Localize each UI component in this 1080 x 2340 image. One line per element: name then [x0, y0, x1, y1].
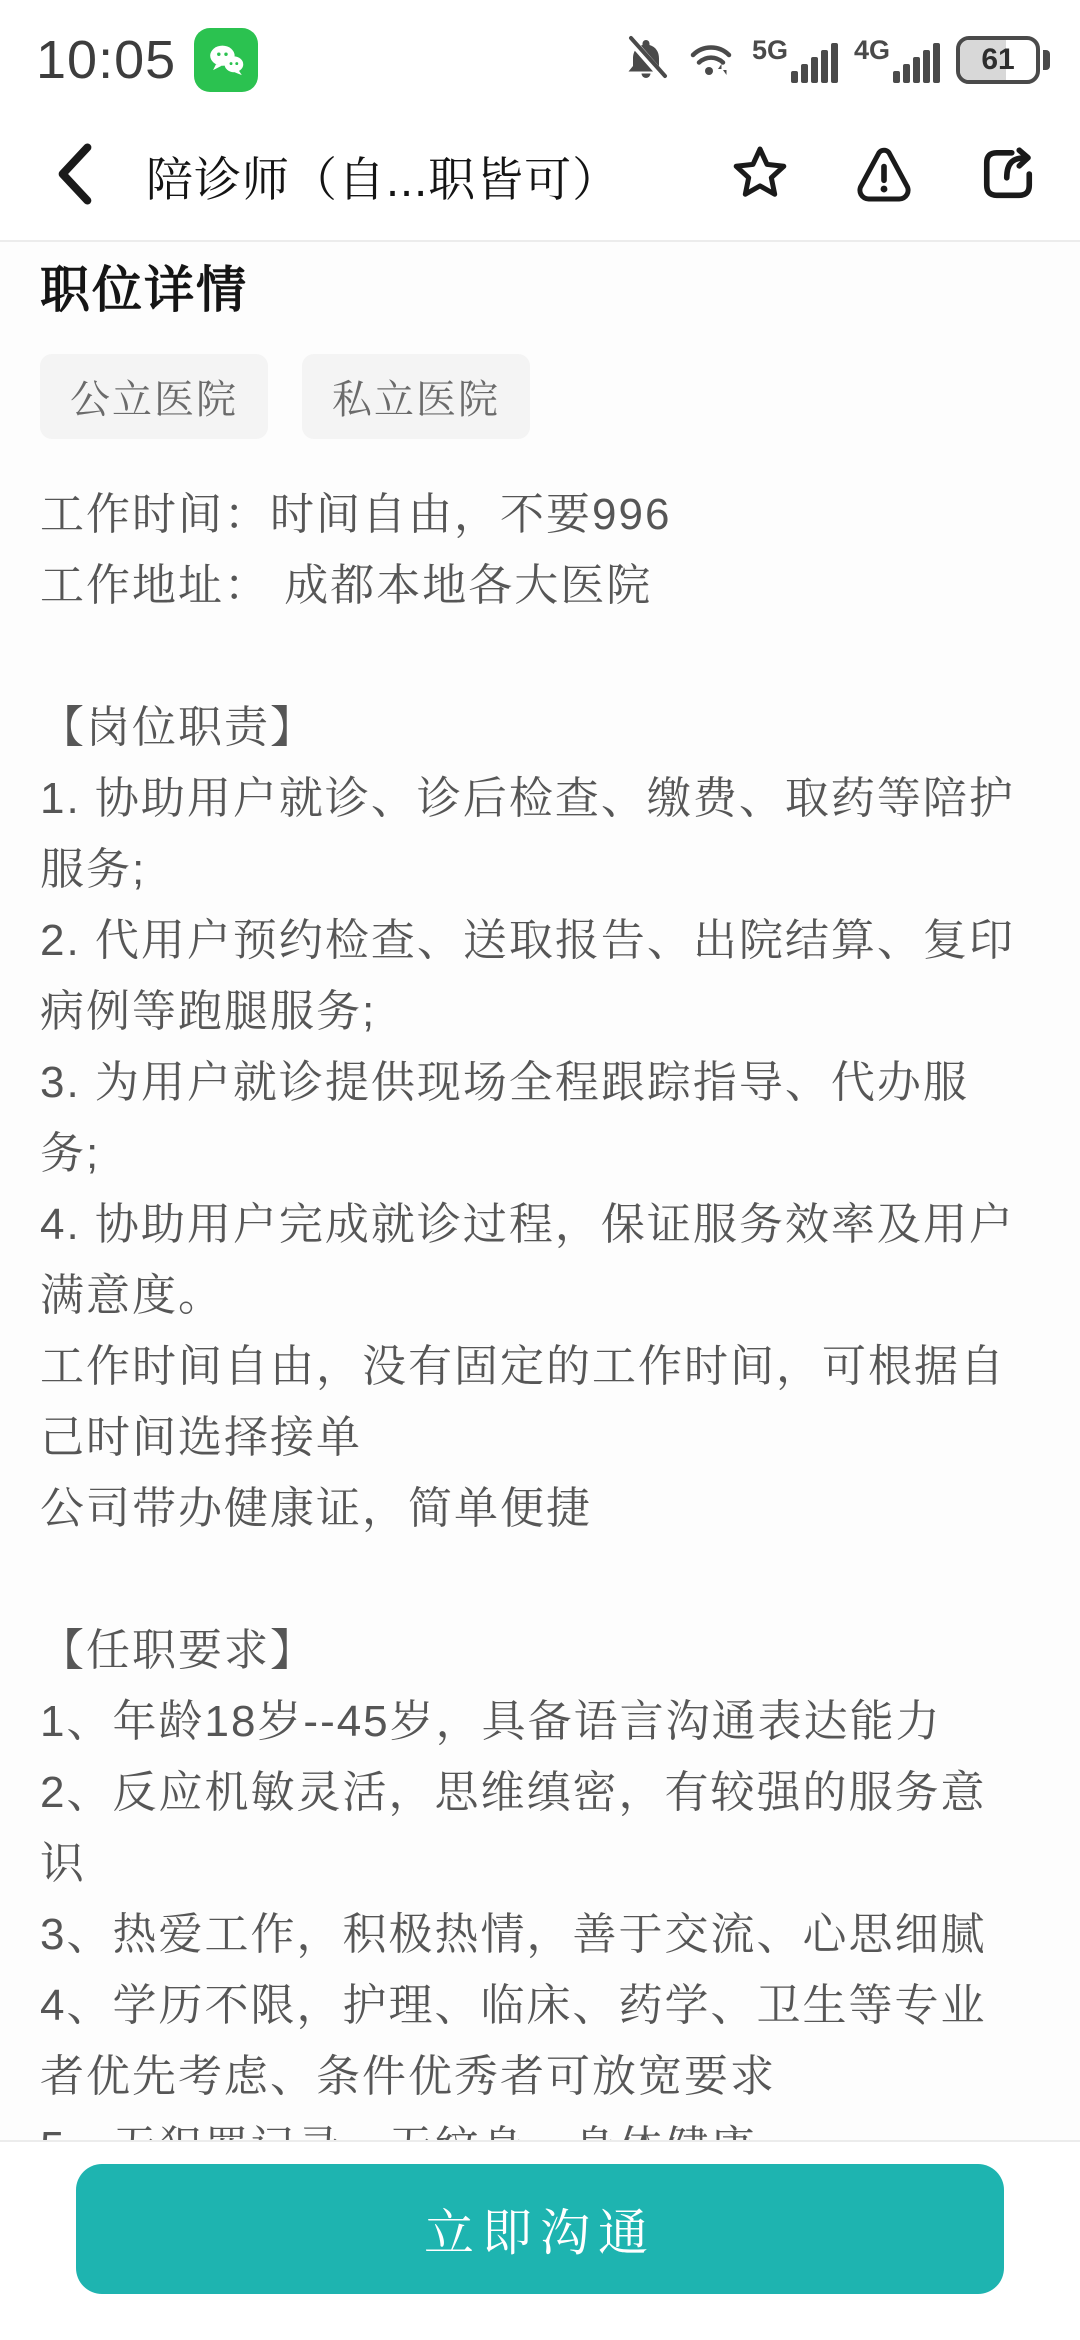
- description-line: 识: [40, 1828, 1040, 1899]
- bottom-action-bar: 立即沟通: [0, 2140, 1080, 2340]
- screen: 10:05: [0, 0, 1080, 2340]
- signal-bars-4g: [893, 37, 940, 83]
- signal-bars-5g: [791, 37, 838, 83]
- description-line: 己时间选择接单: [40, 1402, 1040, 1473]
- description-line: 服务;: [40, 834, 1040, 905]
- mute-icon: [622, 34, 670, 87]
- description-line: [40, 1544, 1040, 1615]
- wechat-notification-icon: [194, 28, 258, 92]
- description-line: 3、热爱工作，积极热情，善于交流、心思细腻: [40, 1899, 1040, 1970]
- favorite-button[interactable]: [730, 144, 790, 209]
- description-line: 1. 协助用户就诊、诊后检查、缴费、取药等陪护: [40, 763, 1040, 834]
- status-bar-left: 10:05: [36, 28, 258, 92]
- share-icon: [978, 144, 1038, 209]
- description-line: 务;: [40, 1118, 1040, 1189]
- description-line: 4. 协助用户完成就诊过程，保证服务效率及用户: [40, 1189, 1040, 1260]
- description-line: 2、反应机敏灵活，思维缜密，有较强的服务意: [40, 1757, 1040, 1828]
- description-line: 病例等跑腿服务;: [40, 976, 1040, 1047]
- job-tags-row: 公立医院私立医院: [40, 354, 1040, 439]
- battery-percent: 61: [981, 43, 1014, 77]
- signal-4g-icon: 4G: [854, 37, 940, 83]
- signal-5g-icon: 5G: [752, 37, 838, 83]
- section-heading: 职位详情: [40, 262, 1040, 318]
- description-line: 【任职要求】: [40, 1615, 1040, 1686]
- job-tag: 私立医院: [302, 354, 530, 439]
- report-button[interactable]: [854, 144, 914, 209]
- description-line: 3. 为用户就诊提供现场全程跟踪指导、代办服: [40, 1047, 1040, 1118]
- back-button[interactable]: [52, 141, 98, 212]
- status-bar-right: 5G 4G 61: [622, 34, 1050, 87]
- wifi-icon: [686, 34, 736, 87]
- description-line: 工作时间自由，没有固定的工作时间，可根据自: [40, 1331, 1040, 1402]
- star-icon: [730, 144, 790, 209]
- job-description: 工作时间：时间自由，不要996工作地址： 成都本地各大医院【岗位职责】1. 协助…: [40, 479, 1040, 2183]
- clock-time: 10:05: [36, 29, 176, 91]
- share-button[interactable]: [978, 144, 1038, 209]
- description-line: 公司带办健康证，简单便捷: [40, 1473, 1040, 1544]
- page-title: 陪诊师（自...职皆可）: [146, 143, 620, 210]
- nav-actions: [730, 144, 1038, 209]
- description-line: 工作地址： 成都本地各大医院: [40, 550, 1040, 621]
- description-line: 工作时间：时间自由，不要996: [40, 479, 1040, 550]
- job-detail-content: 职位详情 公立医院私立医院 工作时间：时间自由，不要996工作地址： 成都本地各…: [0, 242, 1080, 2340]
- job-tag: 公立医院: [40, 354, 268, 439]
- contact-now-button[interactable]: 立即沟通: [76, 2164, 1004, 2294]
- alert-icon: [854, 144, 914, 209]
- description-line: 满意度。: [40, 1260, 1040, 1331]
- description-line: [40, 621, 1040, 692]
- nav-bar: 陪诊师（自...职皆可）: [0, 112, 1080, 240]
- description-line: 者优先考虑、条件优秀者可放宽要求: [40, 2041, 1040, 2112]
- description-line: 【岗位职责】: [40, 692, 1040, 763]
- battery-icon: 61: [956, 36, 1050, 84]
- network-5g-label: 5G: [752, 37, 788, 64]
- description-line: 2. 代用户预约检查、送取报告、出院结算、复印: [40, 905, 1040, 976]
- description-line: 4、学历不限，护理、临床、药学、卫生等专业: [40, 1970, 1040, 2041]
- description-line: 1、年龄18岁--45岁，具备语言沟通表达能力: [40, 1686, 1040, 1757]
- status-bar: 10:05: [0, 0, 1080, 112]
- network-4g-label: 4G: [854, 37, 890, 64]
- back-chevron-icon: [52, 141, 98, 212]
